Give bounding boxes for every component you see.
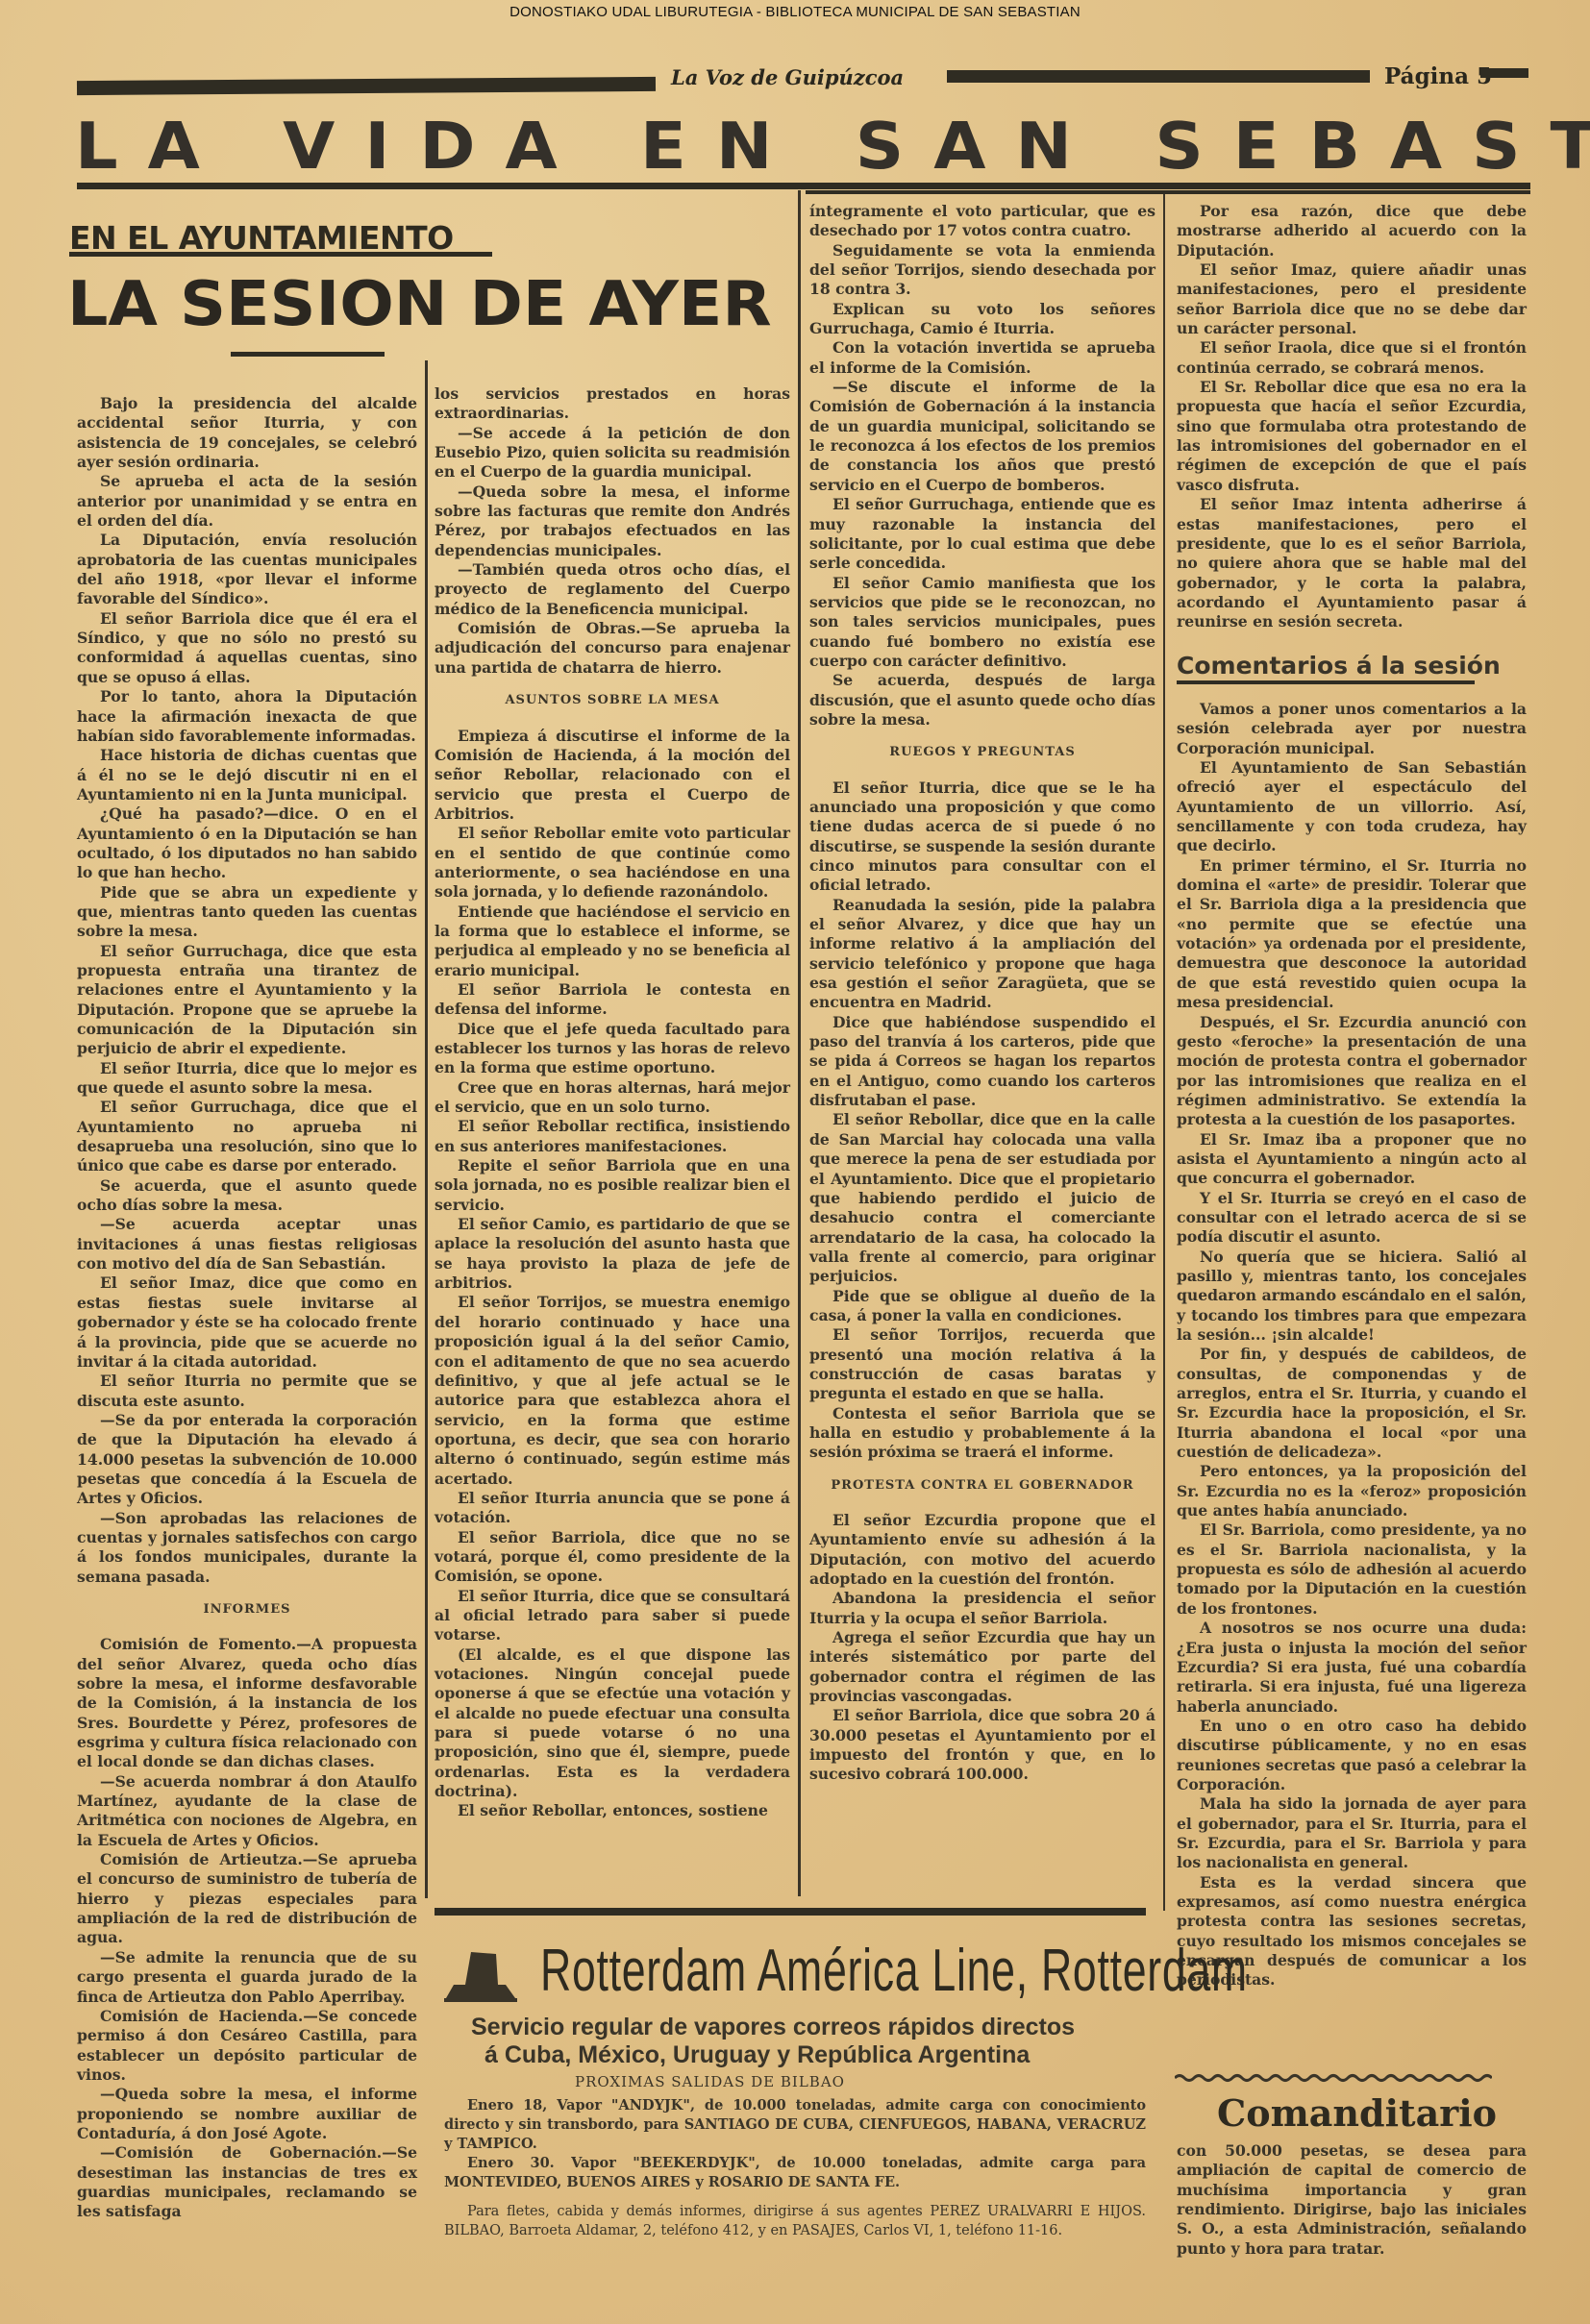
paragraph: Comisión de Hacienda.—Se concede permiso… [77,2007,417,2085]
paragraph: En uno o en otro caso ha debido discutir… [1177,1717,1527,1794]
paragraph: El Sr. Barriola, como presidente, ya no … [1177,1520,1527,1619]
paragraph: El Ayuntamiento de San Sebastián ofreció… [1177,758,1527,856]
paragraph: El Sr. Rebollar dice que esa no era la p… [1177,378,1527,495]
paragraph: los servicios prestados en horas extraor… [435,384,790,424]
paragraph: El señor Gurruchaga, dice que esta propu… [77,942,417,1059]
paragraph: Bajo la presidencia del alcalde accident… [77,394,417,472]
paragraph: Dice que habiéndose suspendido el paso d… [809,1013,1155,1111]
paragraph: El señor Iturria, dice que lo mejor es q… [77,1059,417,1099]
paragraph: Entiende que haciéndose el servicio en l… [435,902,790,980]
paragraph: El señor Barriola, dice que sobra 20 á 3… [809,1706,1155,1784]
paragraph: El señor Iraola, dice que si el frontón … [1177,338,1527,378]
paragraph: Se aprueba el acta de la sesión anterior… [77,472,417,531]
paragraph: Reanudada la sesión, pide la palabra el … [809,896,1155,1013]
paragraph: En primer término, el Sr. Iturria no dom… [1177,856,1527,1013]
kicker-underline [69,252,492,257]
paragraph: El señor Ezcurdia propone que el Ayuntam… [809,1511,1155,1589]
subhead-protesta-contra-el-gobernador: PROTESTA CONTRA EL GOBERNADOR [809,1476,1155,1496]
paragraph: El señor Camio, es partidario de que se … [435,1215,790,1293]
paragraph: —Se accede á la petición de don Eusebio … [435,424,790,482]
paragraph: El señor Imaz intenta adherirse á estas … [1177,495,1527,631]
commentary-title: Comentarios á la sesión [1177,652,1501,680]
paragraph: —Son aprobadas las relaciones de cuentas… [77,1509,417,1587]
paragraph: —También queda otros ocho días, el proye… [435,560,790,619]
sailing-entry: Enero 30. Vapor "BEEKERDYJK", de 10.000 … [444,2154,1146,2192]
ad-service-line: Servicio regular de vapores correos rápi… [471,2014,1075,2041]
ad-departures-heading: PROXIMAS SALIDAS DE BILBAO [575,2073,845,2090]
paragraph: Después, el Sr. Ezcurdia anunció con ges… [1177,1013,1527,1130]
paragraph: Pide que se obligue al dueño de la casa,… [809,1287,1155,1326]
paragraph: Agrega el señor Ezcurdia que hay un inte… [809,1628,1155,1706]
subhead-informes: INFORMES [77,1600,417,1619]
paragraph: Por fin, y después de cabildeos, de cons… [1177,1345,1527,1462]
classified-title: Comanditario [1217,2091,1497,2135]
paragraph: Contesta el señor Barriola que se halla … [809,1404,1155,1463]
shipping-advertisement: Rotterdam América Line, Rotterdam Servic… [435,1908,1146,2292]
paragraph: ¿Qué ha pasado?—dice. O en el Ayuntamien… [77,804,417,882]
paragraph: Cree que en horas alternas, hará mejor e… [435,1078,790,1118]
running-head: La Voz de Guipúzcoa Página 5 [77,63,1530,102]
paragraph: El señor Rebollar, dice que en la calle … [809,1110,1155,1286]
paragraph: —Se acuerda aceptar unas invitaciones á … [77,1215,417,1273]
top-rule [806,190,1530,194]
classified-text: con 50.000 pesetas, se desea para amplia… [1177,2141,1527,2259]
paragraph: (El alcalde, es el que dispone las votac… [435,1645,790,1802]
paragraph: Por lo tanto, ahora la Diputación hace l… [77,687,417,746]
ad-body: Enero 18, Vapor "ANDYJK", de 10.000 tone… [444,2096,1146,2240]
ad-top-rule [435,1908,1146,1916]
paragraph: El señor Camio manifiesta que los servic… [809,574,1155,672]
paragraph: El señor Rebollar emite voto particular … [435,824,790,902]
classified-body: con 50.000 pesetas, se desea para amplia… [1177,2141,1527,2259]
ad-contact: Para fletes, cabida y demás informes, di… [444,2202,1146,2240]
paragraph: El señor Barriola, dice que no se votará… [435,1528,790,1587]
paragraph: Con la votación invertida se aprueba el … [809,338,1155,378]
paragraph: Hace historia de dichas cuentas que á él… [77,746,417,804]
article-column-4: Por esa razón, dice que debe mostrarse a… [1177,202,1527,632]
column-rule [1163,190,1165,1911]
ad-brand: Rotterdam América Line, Rotterdam [540,1937,1248,2005]
archive-header: DONOSTIAKO UDAL LIBURUTEGIA - BIBLIOTECA… [0,4,1590,20]
paragraph: Seguidamente se vota la enmienda del señ… [809,241,1155,300]
subhead-asuntos-sobre-la-mesa: ASUNTOS SOBRE LA MESA [435,691,790,710]
column-rule [798,190,801,1896]
sailing-entry: Enero 18, Vapor "ANDYJK", de 10.000 tone… [444,2096,1146,2154]
paragraph: Comisión de Fomento.—A propuesta del señ… [77,1635,417,1771]
paragraph: El señor Iturria, dice que se consultará… [435,1587,790,1645]
paragraph: El señor Imaz, quiere añadir unas manife… [1177,260,1527,338]
paragraph: —Se admite la renuncia que de su cargo p… [77,1948,417,2007]
paragraph: Comisión de Artieutza.—Se aprueba el con… [77,1850,417,1948]
newspaper-name: La Voz de Guipúzcoa [671,65,904,89]
paragraph: El señor Rebollar, entonces, sostiene [435,1801,790,1820]
paragraph: Pero entonces, ya la proposición del Sr.… [1177,1462,1527,1520]
subhead-ruegos-y-preguntas: RUEGOS Y PREGUNTAS [809,743,1155,762]
paragraph: —Comisión de Gobernación.—Se desestiman … [77,2143,417,2221]
paragraph: Vamos a poner unos comentarios a la sesi… [1177,700,1527,758]
running-head-rule-left [77,77,656,95]
running-head-rule-right [1480,68,1528,78]
paragraph: El señor Gurruchaga, entiende que es muy… [809,495,1155,573]
paragraph: —Se da por enterada la corporación de qu… [77,1411,417,1509]
paragraph: El señor Imaz, dice que como en estas fi… [77,1273,417,1372]
paragraph: Comisión de Obras.—Se aprueba la adjudic… [435,619,790,678]
steamship-icon [442,1946,519,2004]
paragraph: El Sr. Imaz iba a proponer que no asista… [1177,1130,1527,1189]
article-column-2: los servicios prestados en horas extraor… [435,384,790,1821]
paragraph: Explican su voto los señores Gurruchaga,… [809,300,1155,339]
paragraph: El señor Iturria, dice que se le ha anun… [809,779,1155,896]
paragraph: Y el Sr. Iturria se creyó en el caso de … [1177,1189,1527,1248]
paragraph: El señor Torrijos, recuerda que presentó… [809,1325,1155,1403]
commentary-title-rule [1177,680,1475,684]
ad-destinations-line: á Cuba, México, Uruguay y República Arge… [484,2041,1030,2069]
running-head-rule-middle [947,70,1370,83]
paragraph: Mala ha sido la jornada de ayer para el … [1177,1794,1527,1872]
commentary-column: Vamos a poner unos comentarios a la sesi… [1177,700,1527,1990]
paragraph: íntegramente el voto particular, que es … [809,202,1155,241]
page-number: Página 5 [1384,63,1492,89]
article-column-1: Bajo la presidencia del alcalde accident… [77,394,417,2222]
paragraph: —Queda sobre la mesa, el informe sobre l… [435,482,790,560]
paragraph: A nosotros se nos ocurre una duda: ¿Era … [1177,1619,1527,1717]
paragraph: —Se discute el informe de la Comisión de… [809,378,1155,495]
paragraph: El señor Barriola dice que él era el Sín… [77,609,417,687]
paragraph: El señor Torrijos, se muestra enemigo de… [435,1293,790,1488]
paragraph: Repite el señor Barriola que en una sola… [435,1156,790,1215]
section-masthead: LA VIDA EN SAN SEBASTIAN [75,110,1517,183]
paragraph: Dice que el jefe queda facultado para es… [435,1020,790,1078]
masthead-rule [77,183,1530,189]
paragraph: Empieza á discutirse el informe de la Co… [435,727,790,825]
paragraph: El señor Iturria no permite que se discu… [77,1372,417,1411]
wavy-divider [1175,2071,1492,2085]
column-rule [425,360,428,1898]
paragraph: Se acuerda, que el asunto quede ocho día… [77,1176,417,1216]
paragraph: La Diputación, envía resolución aprobato… [77,531,417,608]
paragraph: El señor Gurruchaga, dice que el Ayuntam… [77,1098,417,1175]
headline-rule [231,352,385,357]
paragraph: —Se acuerda nombrar á don Ataulfo Martín… [77,1772,417,1850]
paragraph: Por esa razón, dice que debe mostrarse a… [1177,202,1527,260]
paragraph: El señor Iturria anuncia que se pone á v… [435,1489,790,1528]
paragraph: Abandona la presidencia el señor Iturria… [809,1589,1155,1628]
paragraph: El señor Rebollar rectifica, insistiendo… [435,1117,790,1156]
paragraph: Se acuerda, después de larga discusión, … [809,671,1155,729]
paragraph: —Queda sobre la mesa, el informe proponi… [77,2085,417,2143]
paragraph: No quería que se hiciera. Salió al pasil… [1177,1248,1527,1346]
paragraph: Pide que se abra un expediente y que, mi… [77,883,417,942]
article-headline: LA SESION DE AYER [67,269,772,340]
article-column-3: íntegramente el voto particular, que es … [809,202,1155,1785]
paragraph: El señor Barriola le contesta en defensa… [435,980,790,1020]
